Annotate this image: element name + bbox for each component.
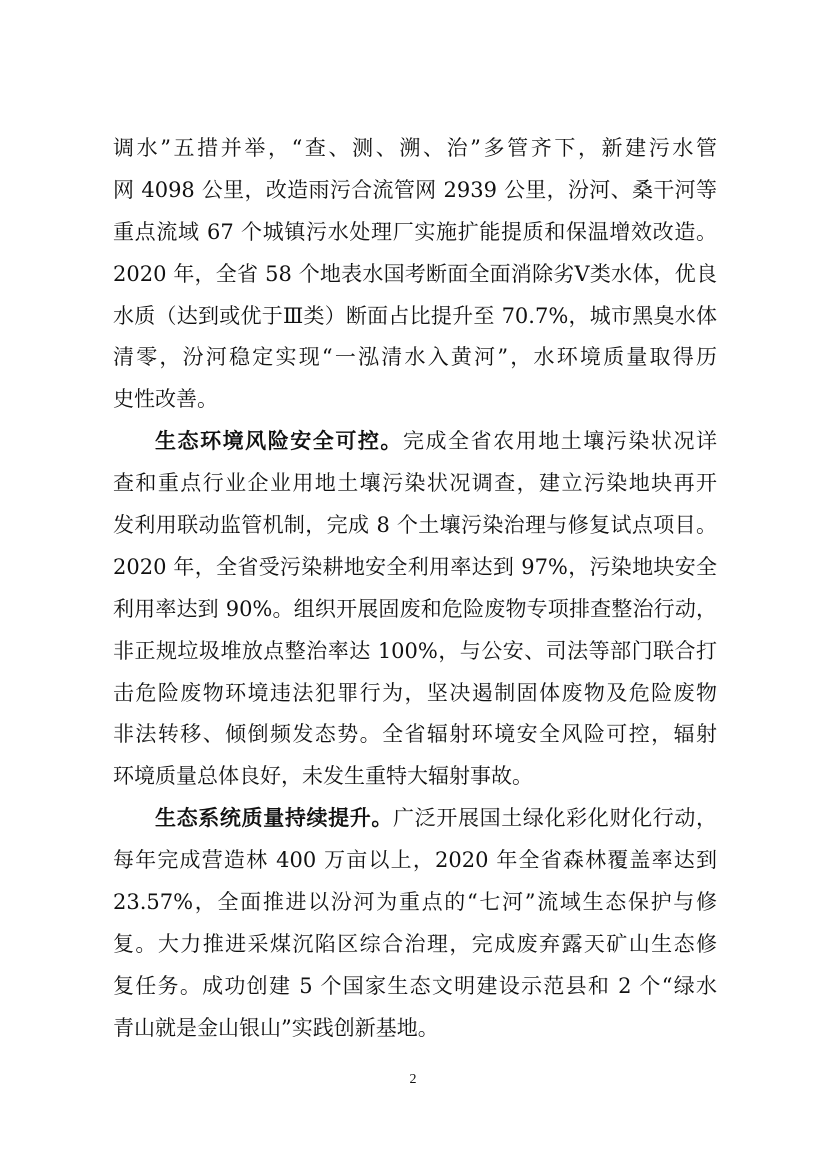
text-span: 广泛开展国土绿化彩化财化行动， [393,806,717,830]
text-line: 利用率达到 90%。组织开展固废和危险废物专项排查整治行动， [113,589,717,631]
text-line: 重点流域 67 个城镇污水处理厂实施扩能提质和保温增效改造。 [113,212,717,254]
text-line: 水质（达到或优于Ⅲ类）断面占比提升至 70.7%，城市黑臭水体 [113,296,717,338]
page-number: 2 [0,1072,826,1088]
text-line: 2020 年，全省 58 个地表水国考断面全面消除劣Ⅴ类水体，优良 [113,254,717,296]
text-line: 网 4098 公里，改造雨污合流管网 2939 公里，汾河、桑干河等 [113,170,717,212]
text-line: 复任务。成功创建 5 个国家生态文明建设示范县和 2 个“绿水 [113,966,717,1008]
text-line: 非正规垃圾堆放点整治率达 100%，与公安、司法等部门联合打 [113,631,717,673]
text-span: 完成全省农用地土壤污染状况详 [403,429,717,453]
document-page: 调水”五措并举，“查、测、溯、治”多管齐下，新建污水管 网 4098 公里，改造… [113,128,717,1050]
text-line-with-heading: 生态环境风险安全可控。完成全省农用地土壤污染状况详 [113,421,717,463]
paragraph-water-environment: 调水”五措并举，“查、测、溯、治”多管齐下，新建污水管 网 4098 公里，改造… [113,128,717,421]
text-line: 非法转移、倾倒频发态势。全省辐射环境安全风险可控，辐射 [113,714,717,756]
paragraph-heading: 生态环境风险安全可控。 [155,429,403,453]
text-line: 击危险废物环境违法犯罪行为，坚决遏制固体废物及危险废物 [113,673,717,715]
text-line: 调水”五措并举，“查、测、溯、治”多管齐下，新建污水管 [113,128,717,170]
text-line: 查和重点行业企业用地土壤污染状况调查，建立污染地块再开 [113,463,717,505]
text-line: 环境质量总体良好，未发生重特大辐射事故。 [113,756,717,798]
text-line: 23.57%，全面推进以汾河为重点的“七河”流域生态保护与修 [113,882,717,924]
text-line: 复。大力推进采煤沉陷区综合治理，完成废弃露天矿山生态修 [113,924,717,966]
text-line: 青山就是金山银山”实践创新基地。 [113,1008,717,1050]
text-line: 史性改善。 [113,379,717,421]
text-line: 2020 年，全省受污染耕地安全利用率达到 97%，污染地块安全 [113,547,717,589]
paragraph-heading: 生态系统质量持续提升。 [155,806,393,830]
text-line: 每年完成营造林 400 万亩以上，2020 年全省森林覆盖率达到 [113,840,717,882]
text-line: 清零，汾河稳定实现“一泓清水入黄河”，水环境质量取得历 [113,337,717,379]
paragraph-ecosystem-quality: 生态系统质量持续提升。广泛开展国土绿化彩化财化行动， 每年完成营造林 400 万… [113,798,717,1049]
paragraph-eco-risk: 生态环境风险安全可控。完成全省农用地土壤污染状况详 查和重点行业企业用地土壤污染… [113,421,717,798]
text-line-with-heading: 生态系统质量持续提升。广泛开展国土绿化彩化财化行动， [113,798,717,840]
text-line: 发利用联动监管机制，完成 8 个土壤污染治理与修复试点项目。 [113,505,717,547]
